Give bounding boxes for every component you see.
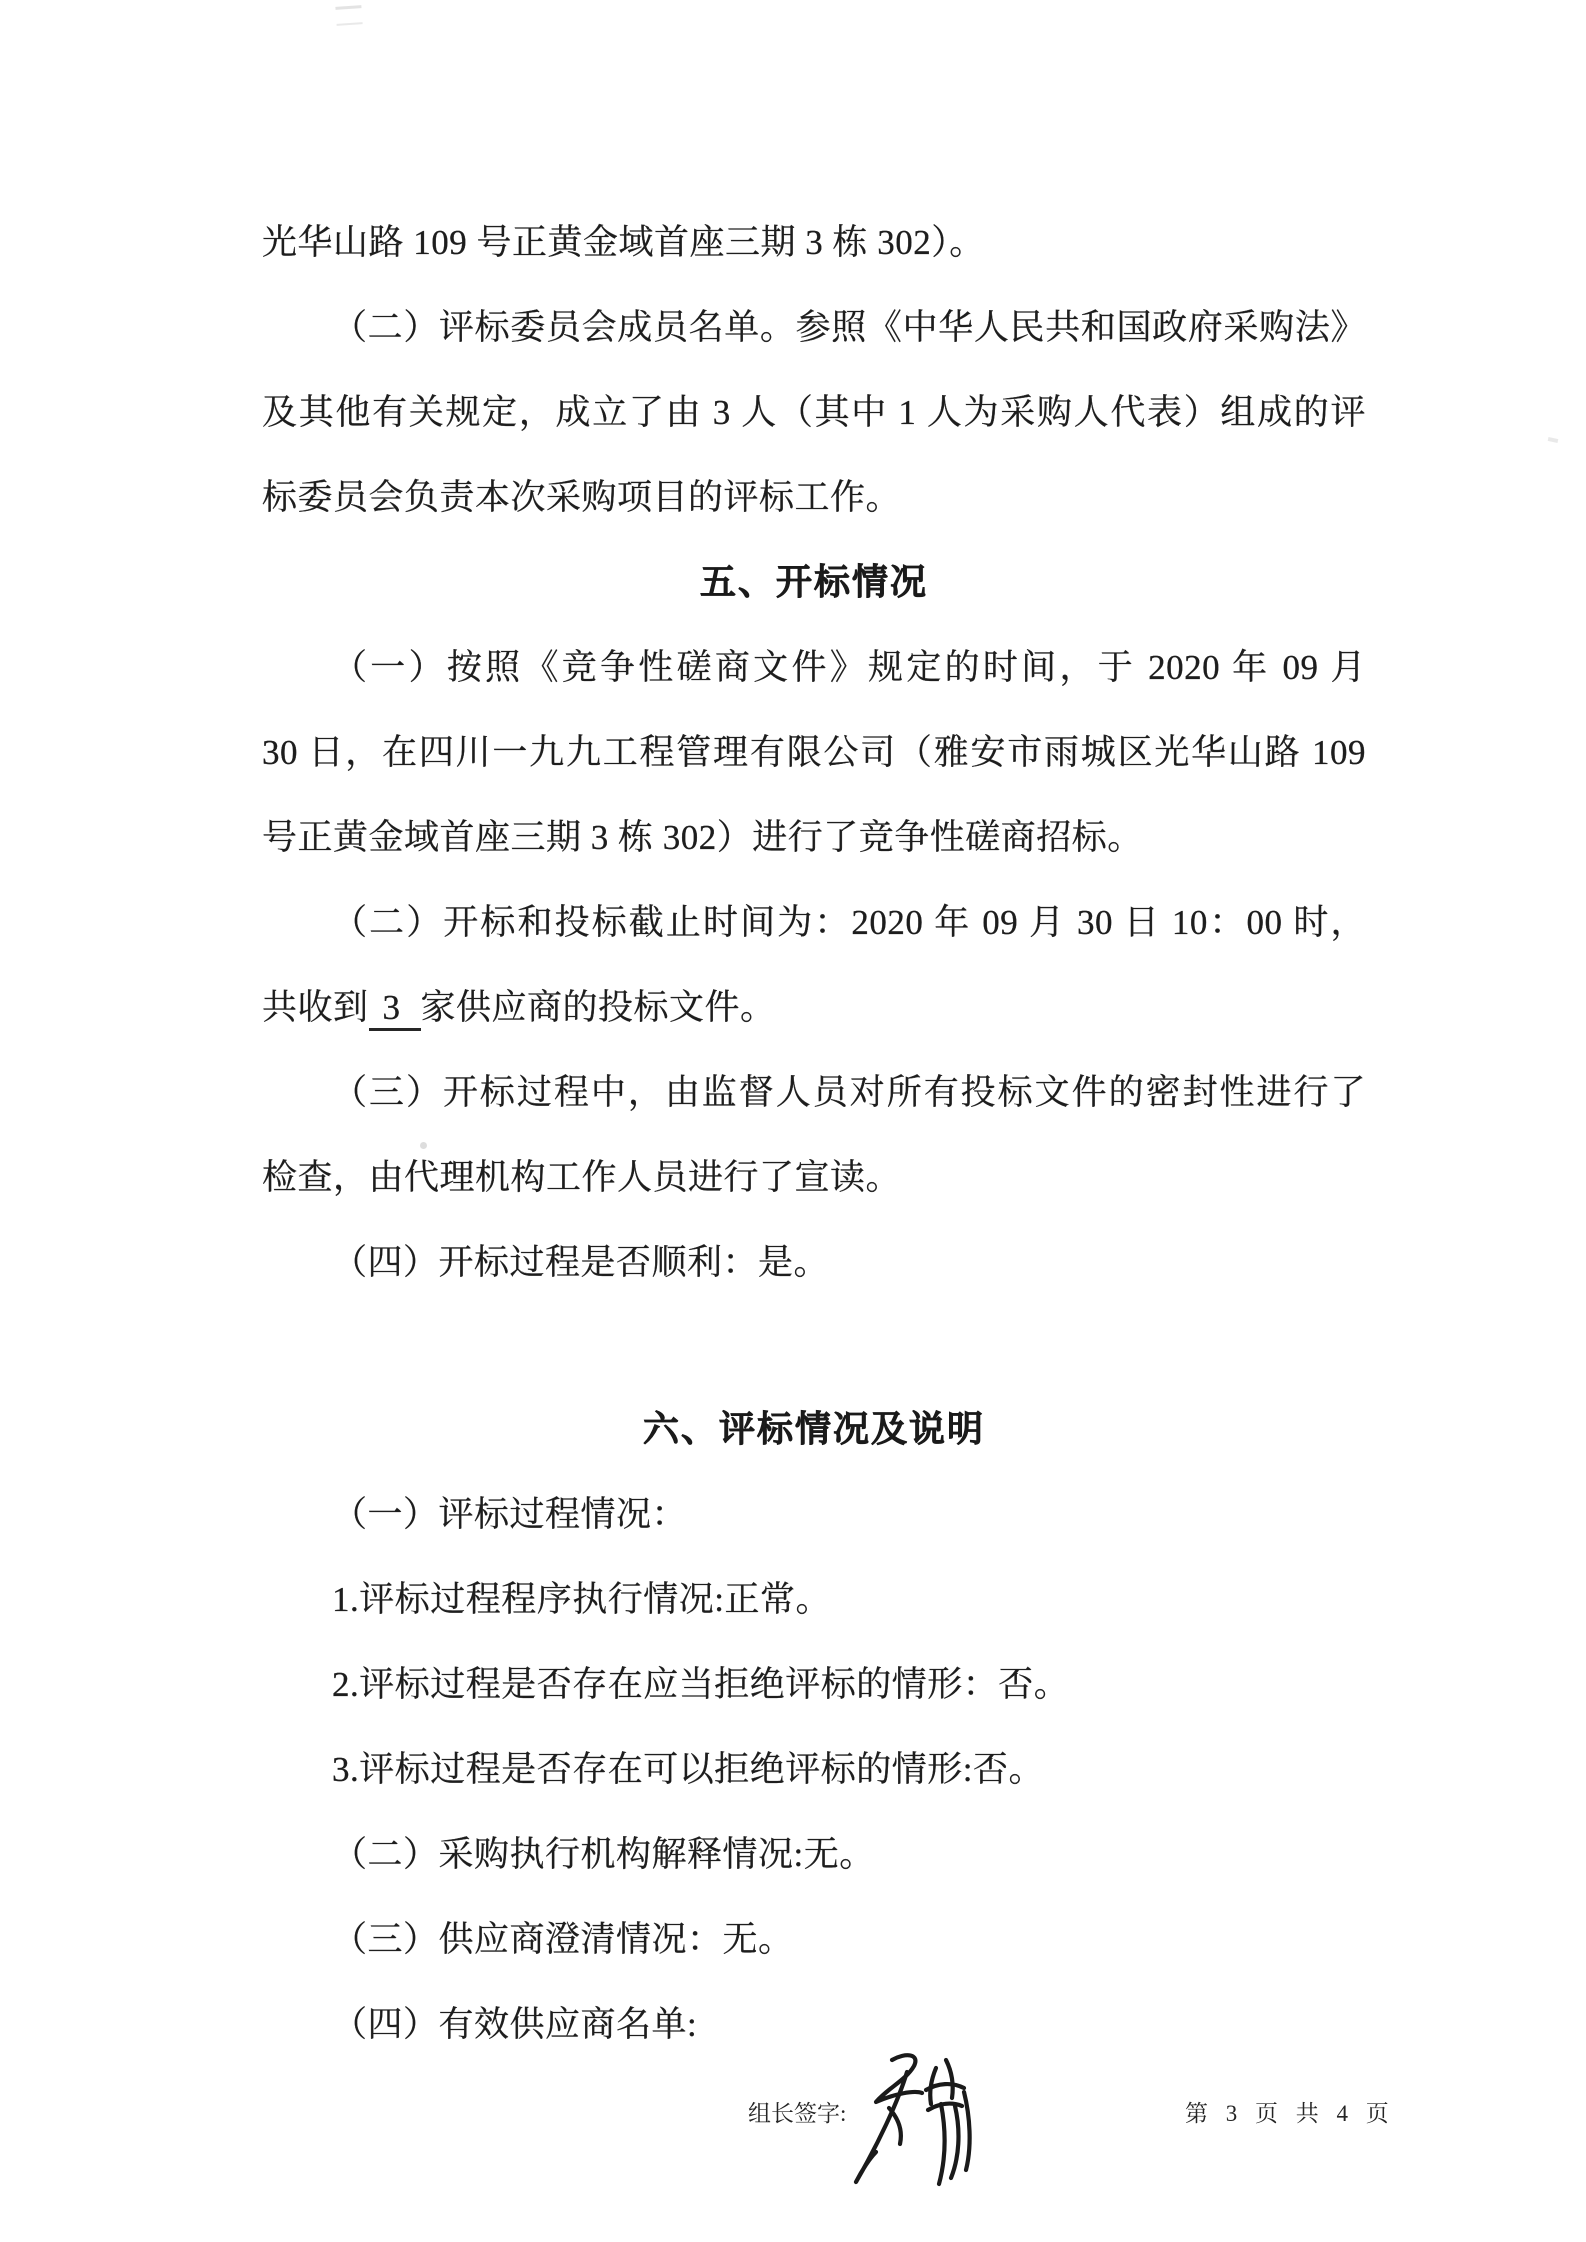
paragraph-line: （二）开标和投标截止时间为：2020 年 09 月 30 日 10：00 时， bbox=[262, 880, 1366, 965]
document-body: 光华山路 109 号正黄金域首座三期 3 栋 302）。 （二）评标委员会成员名… bbox=[262, 200, 1366, 2067]
paragraph-line: （三）开标过程中，由监督人员对所有投标文件的密封性进行了 bbox=[262, 1050, 1366, 1135]
section-heading-bid-opening: 五、开标情况 bbox=[262, 540, 1366, 625]
paragraph-line: 号正黄金域首座三期 3 栋 302）进行了竞争性磋商招标。 bbox=[262, 795, 1366, 880]
leader-signature-label: 组长签字: bbox=[748, 2096, 846, 2132]
section-heading-evaluation: 六、评标情况及说明 bbox=[262, 1387, 1366, 1472]
paragraph-line-with-blank: 共收到3家供应商的投标文件。 bbox=[262, 965, 1366, 1050]
paragraph-line: （二）采购执行机构解释情况:无。 bbox=[262, 1812, 1366, 1897]
scan-speck bbox=[1548, 437, 1559, 443]
scan-artifact bbox=[335, 5, 362, 26]
filled-blank-value: 3 bbox=[369, 989, 421, 1031]
paragraph-line: 30 日，在四川一九九工程管理有限公司（雅安市雨城区光华山路 109 bbox=[262, 710, 1366, 795]
paragraph-line: 标委员会负责本次采购项目的评标工作。 bbox=[262, 455, 1366, 540]
paragraph-line: 及其他有关规定，成立了由 3 人（其中 1 人为采购人代表）组成的评 bbox=[262, 370, 1366, 455]
blank-suffix-text: 家供应商的投标文件。 bbox=[421, 988, 776, 1027]
paragraph-line: （四）有效供应商名单: bbox=[262, 1982, 1366, 2067]
paragraph-line: （四）开标过程是否顺利：是。 bbox=[262, 1220, 1366, 1305]
blank-prefix-text: 共收到 bbox=[262, 988, 369, 1027]
paragraph-line: 2.评标过程是否存在应当拒绝评标的情形：否。 bbox=[262, 1642, 1366, 1727]
paragraph-line: 检查，由代理机构工作人员进行了宣读。 bbox=[262, 1135, 1366, 1220]
paragraph-line: 3.评标过程是否存在可以拒绝评标的情形:否。 bbox=[262, 1727, 1366, 1812]
page-number-indicator: 第 3 页 共 4 页 bbox=[1185, 2096, 1395, 2132]
paragraph-line: （三）供应商澄清情况：无。 bbox=[262, 1897, 1366, 1982]
paragraph-line: （一）按照《竞争性磋商文件》规定的时间，于 2020 年 09 月 bbox=[262, 625, 1366, 710]
handwritten-signature bbox=[840, 2046, 996, 2196]
paragraph-line: （二）评标委员会成员名单。参照《中华人民共和国政府采购法》 bbox=[262, 285, 1366, 370]
paragraph-line: 1.评标过程程序执行情况:正常。 bbox=[262, 1557, 1366, 1642]
document-page: 光华山路 109 号正黄金域首座三期 3 栋 302）。 （二）评标委员会成员名… bbox=[0, 0, 1586, 2242]
paragraph-line: （一）评标过程情况： bbox=[262, 1472, 1366, 1557]
paragraph-line: 光华山路 109 号正黄金域首座三期 3 栋 302）。 bbox=[262, 200, 1366, 285]
